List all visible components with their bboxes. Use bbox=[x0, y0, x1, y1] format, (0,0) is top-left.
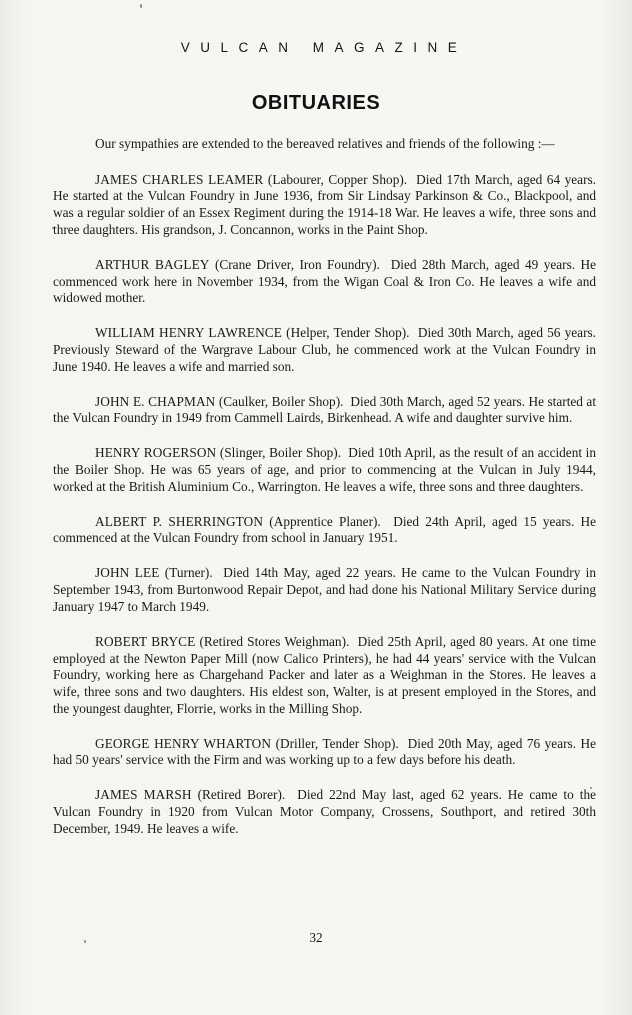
obituary-entry: WILLIAM HENRY LAWRENCE (Helper, Tender S… bbox=[53, 325, 596, 375]
obituary-entry: GEORGE HENRY WHARTON (Driller, Tender Sh… bbox=[53, 736, 596, 769]
deceased-role: (Helper, Tender Shop). bbox=[286, 325, 409, 340]
deceased-role: (Slinger, Boiler Shop). bbox=[220, 445, 341, 460]
deceased-name: JOHN E. CHAPMAN bbox=[95, 394, 215, 409]
obituary-entry: JAMES MARSH (Retired Borer). Died 22nd M… bbox=[53, 787, 596, 837]
obituary-entry: JOHN LEE (Turner). Died 14th May, aged 2… bbox=[53, 565, 596, 615]
deceased-role: (Caulker, Boiler Shop). bbox=[219, 394, 344, 409]
obituary-entry: JAMES CHARLES LEAMER (Labourer, Copper S… bbox=[53, 172, 596, 239]
page-number: 32 bbox=[0, 930, 632, 946]
deceased-name: ALBERT P. SHERRINGTON bbox=[95, 514, 263, 529]
obituary-entry: JOHN E. CHAPMAN (Caulker, Boiler Shop). … bbox=[53, 394, 596, 427]
deceased-role: (Retired Borer). bbox=[198, 787, 286, 802]
obituaries-body: Our sympathies are extended to the berea… bbox=[53, 136, 596, 856]
deceased-role: (Retired Stores Weighman). bbox=[199, 634, 349, 649]
magazine-page: VULCAN MAGAZINE OBITUARIES Our sympathie… bbox=[0, 0, 632, 1015]
page-title: OBITUARIES bbox=[0, 92, 632, 115]
paper-speck bbox=[590, 787, 592, 789]
deceased-name: JAMES CHARLES LEAMER bbox=[95, 172, 263, 187]
obituary-entry: ROBERT BRYCE (Retired Stores Weighman). … bbox=[53, 634, 596, 718]
intro-paragraph: Our sympathies are extended to the berea… bbox=[53, 136, 596, 153]
deceased-role: (Driller, Tender Shop). bbox=[276, 736, 399, 751]
deceased-name: WILLIAM HENRY LAWRENCE bbox=[95, 325, 282, 340]
deceased-name: ROBERT BRYCE bbox=[95, 634, 195, 649]
deceased-name: ARTHUR BAGLEY bbox=[95, 257, 210, 272]
deceased-role: (Apprentice Planer). bbox=[269, 514, 380, 529]
masthead: VULCAN MAGAZINE bbox=[0, 40, 632, 55]
paper-speck bbox=[84, 940, 86, 943]
deceased-role: (Crane Driver, Iron Foundry). bbox=[215, 257, 380, 272]
obituary-entry: ARTHUR BAGLEY (Crane Driver, Iron Foundr… bbox=[53, 257, 596, 307]
paper-speck bbox=[140, 4, 142, 8]
obituary-entry: ALBERT P. SHERRINGTON (Apprentice Planer… bbox=[53, 514, 596, 547]
deceased-name: JOHN LEE bbox=[95, 565, 159, 580]
paper-speck bbox=[52, 227, 54, 229]
deceased-role: (Turner). bbox=[165, 565, 213, 580]
deceased-name: JAMES MARSH bbox=[95, 787, 192, 802]
obituary-entry: HENRY ROGERSON (Slinger, Boiler Shop). D… bbox=[53, 445, 596, 495]
deceased-name: HENRY ROGERSON bbox=[95, 445, 216, 460]
deceased-role: (Labourer, Copper Shop). bbox=[268, 172, 407, 187]
deceased-name: GEORGE HENRY WHARTON bbox=[95, 736, 271, 751]
